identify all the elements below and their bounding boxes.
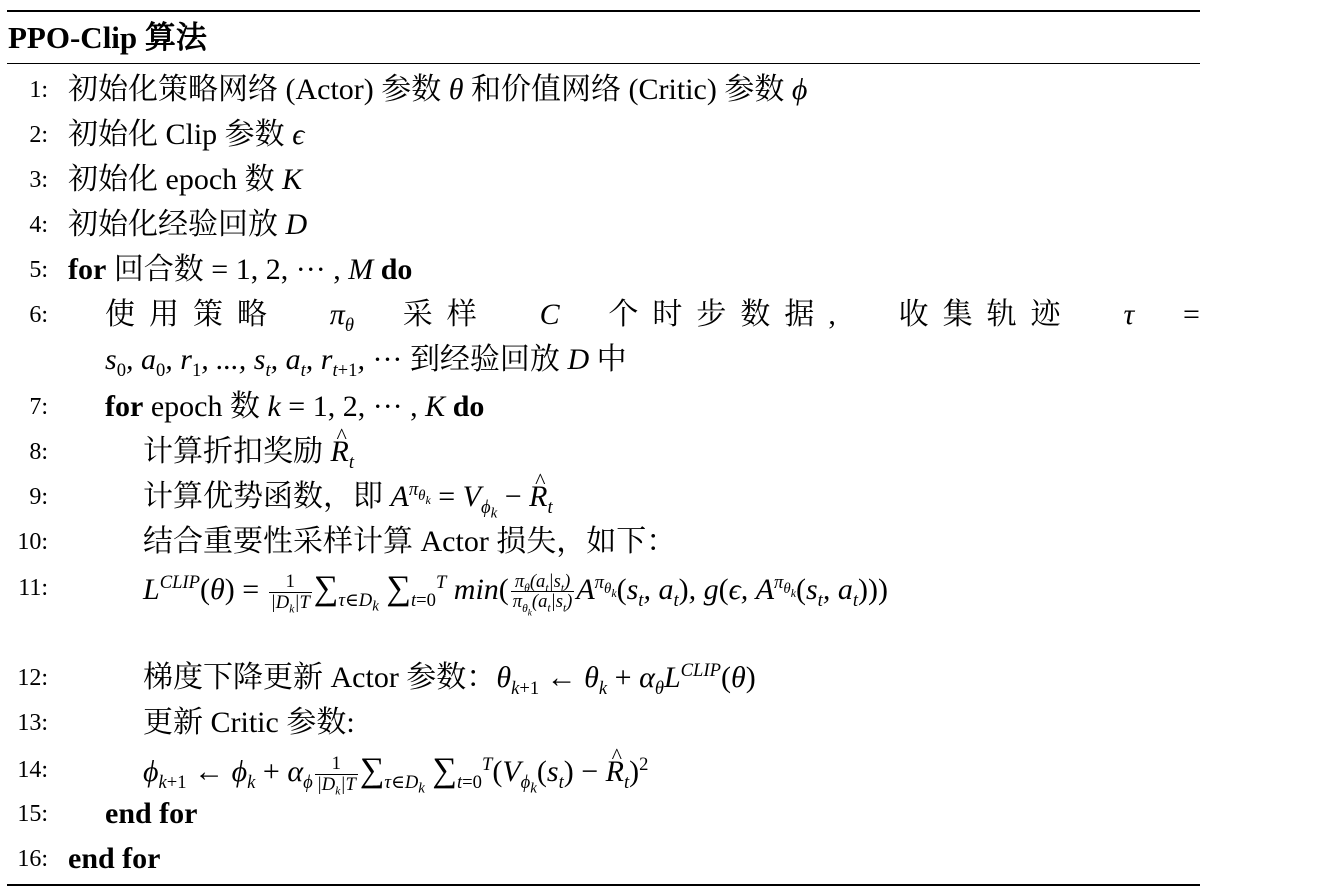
line-body: 计算折扣奖励 Rt <box>143 430 354 474</box>
line-body: 初始化 Clip 参数 ϵ <box>68 113 304 157</box>
keyword-end-for: end for <box>68 837 161 881</box>
caption-rule <box>7 63 1200 64</box>
line-body: 更新 Critic 参数: <box>143 701 355 745</box>
line-body: s0, a0, r1, ..., st, at, rt+1, ··· 到经验回放… <box>105 338 627 382</box>
line-number: 11: <box>0 566 48 610</box>
line-body: 计算优势函数，即 Aπθk = Vϕk − Rt <box>143 475 553 519</box>
algorithm-title: PPO-Clip 算法 <box>8 18 207 58</box>
bottom-rule <box>7 884 1200 886</box>
line-body: 结合重要性采样计算 Actor 损失，如下： <box>143 520 676 564</box>
clip-loss-formula: LCLIP(θ) = 1|Dk|T∑τ∈Dk ∑t=0T min(πθ(at|s… <box>143 566 888 612</box>
line-number: 9: <box>0 475 48 519</box>
line-number: 2: <box>0 113 48 157</box>
keyword-do: do <box>381 253 413 286</box>
line-number: 7: <box>0 385 48 429</box>
line-body: for epoch 数 k = 1, 2, ··· , K do <box>105 385 484 429</box>
keyword-do: do <box>453 390 485 423</box>
algorithm-block: PPO-Clip 算法 1: 初始化策略网络 (Actor) 参数 θ 和价值网… <box>0 0 1319 893</box>
keyword-end-for: end for <box>105 792 198 836</box>
line-number: 13: <box>0 701 48 745</box>
line-number: 10: <box>0 520 48 564</box>
line-number: 3: <box>0 158 48 202</box>
line-number: 6: <box>0 293 48 337</box>
critic-update-formula: ϕk+1 ← ϕk + αϕ1|Dk|T∑τ∈Dk ∑t=0T(Vϕk(st) … <box>143 748 648 794</box>
line-body: 使用策略 πθ 采样 C 个时步数据, 收集轨迹 τ = <box>105 293 1200 337</box>
line-body: 初始化 epoch 数 K <box>68 158 302 202</box>
line-body: 初始化经验回放 D <box>68 203 307 247</box>
top-rule <box>7 10 1200 12</box>
line-number: 4: <box>0 203 48 247</box>
line-body: 初始化策略网络 (Actor) 参数 θ 和价值网络 (Critic) 参数 ϕ <box>68 68 807 112</box>
line-body: for 回合数 = 1, 2, ··· , M do <box>68 248 412 292</box>
line-number: 8: <box>0 430 48 474</box>
line-body: 梯度下降更新 Actor 参数：θk+1 ← θk + αθLCLIP(θ) <box>143 656 756 700</box>
line-number: 5: <box>0 248 48 292</box>
line-number: 14: <box>0 748 48 792</box>
keyword-for: for <box>105 390 143 423</box>
line-number: 12: <box>0 656 48 700</box>
line-number: 15: <box>0 792 48 836</box>
line-number: 16: <box>0 837 48 881</box>
keyword-for: for <box>68 253 106 286</box>
line-number: 1: <box>0 68 48 112</box>
